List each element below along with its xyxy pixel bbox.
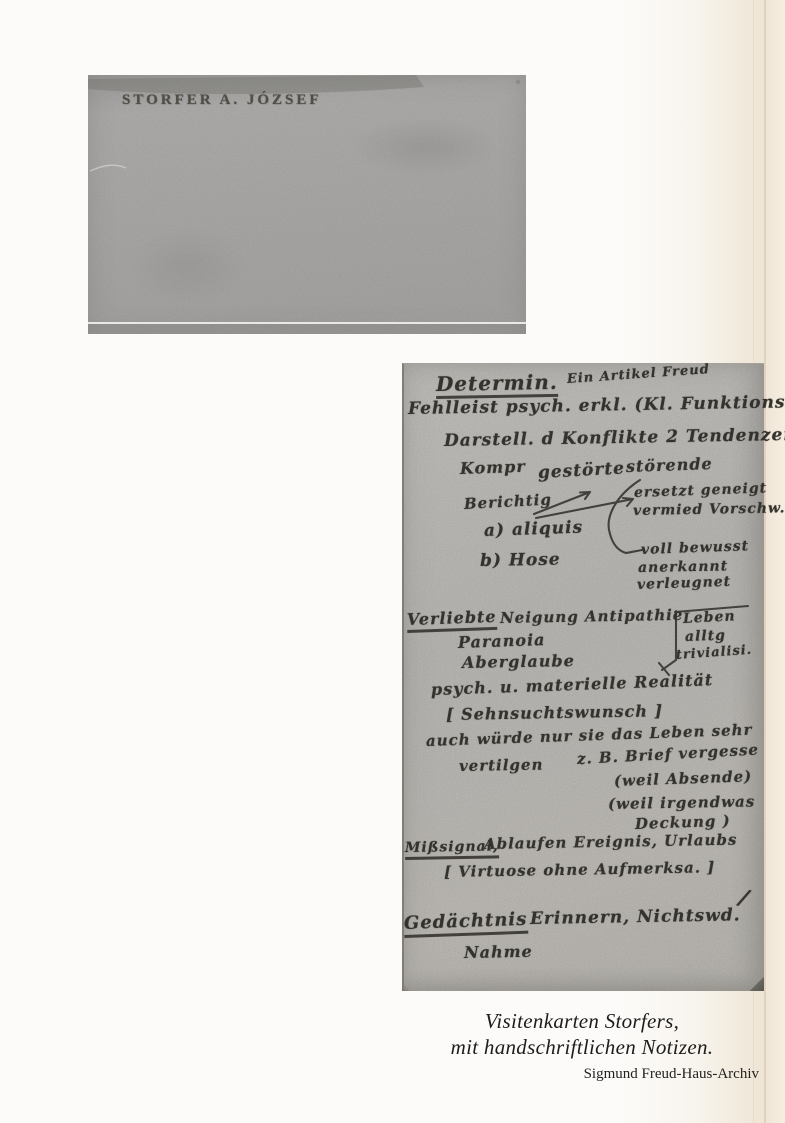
- handwriting-line: Darstell. d Konflikte 2 Tendenzen: [444, 427, 785, 450]
- handwriting-line: (weil irgendwas: [608, 794, 756, 812]
- figure-caption: Visitenkarten Storfers, mit handschriftl…: [402, 1008, 762, 1083]
- card-stain: [128, 225, 248, 305]
- handwriting-line: [ Sehnsuchtswunsch ]: [446, 703, 663, 723]
- handwriting-line: Fehlleist psych. erkl. (Kl. Funktionsstö…: [408, 394, 785, 418]
- handwriting-line: voll bewusst: [641, 539, 750, 557]
- handwriting-line: [ Virtuose ohne Aufmerksa. ]: [444, 860, 716, 880]
- handwriting-line: Verliebte: [407, 609, 497, 633]
- handwriting-line: Determin.: [436, 372, 558, 399]
- handwriting-line: vermied Vorschw.: [633, 501, 785, 518]
- handwriting-line: Paranoia: [458, 632, 546, 651]
- handwriting-line: gestörte: [538, 460, 626, 482]
- handwriting-line: b) Hose: [480, 552, 561, 570]
- handwriting-line: anerkannt: [638, 559, 728, 575]
- handwriting-line: Gedächtnis: [404, 911, 528, 938]
- business-card-name: STORFER A. JÓZSEF: [122, 92, 322, 109]
- handwritten-note-photo: Determin.Ein Artikel FreudFehlleist psyc…: [402, 363, 764, 991]
- handwriting-line: Berichtig: [464, 492, 553, 512]
- handwriting-line: trivialisi.: [676, 644, 753, 662]
- handwriting-line: vertilgen: [459, 758, 544, 774]
- handwriting-line: Erinnern, Nichtswd.: [530, 907, 741, 928]
- note-lines: Determin.Ein Artikel FreudFehlleist psyc…: [404, 364, 764, 991]
- handwriting-line: Deckung ): [635, 814, 731, 832]
- handwriting-line: Kompr: [460, 459, 526, 477]
- handwriting-line: Neigung Antipathie: [500, 608, 684, 626]
- handwriting-line: Ein Artikel Freud: [567, 363, 711, 386]
- card-bottom-shadow: [88, 324, 526, 334]
- handwriting-line: a) aliquis: [484, 520, 584, 540]
- handwriting-line: Leben: [683, 609, 736, 626]
- page-edge-line: [764, 0, 766, 1123]
- handwriting-line: alltg: [685, 629, 726, 644]
- caption-attribution: Sigmund Freud-Haus-Archiv: [402, 1066, 762, 1083]
- handwriting-line: verleugnet: [637, 575, 732, 592]
- caption-line-1: Visitenkarten Storfers,: [402, 1008, 762, 1034]
- folded-corner: [750, 977, 764, 991]
- handwriting-line: Aberglaube: [462, 653, 575, 671]
- handwriting-line: ersetzt geneigt: [634, 481, 768, 500]
- handwriting-line: psych. u. materielle Realität: [431, 672, 714, 698]
- handwriting-line: (weil Absende): [614, 769, 753, 789]
- business-card-photo: STORFER A. JÓZSEF: [88, 75, 526, 334]
- handwriting-line: Nahme: [464, 944, 533, 961]
- bottom-left-edge-mark: [402, 982, 411, 991]
- caption-line-2: mit handschriftlichen Notizen.: [402, 1034, 762, 1060]
- card-stain: [350, 117, 500, 177]
- handwriting-line: Ablaufen Ereignis, Urlaubs: [484, 833, 738, 852]
- handwriting-line: störende: [626, 456, 713, 475]
- book-page: STORFER A. JÓZSEF Determin.Ein Artikel F…: [0, 0, 785, 1123]
- handwriting-line: z. B. Brief vergesse: [577, 742, 760, 767]
